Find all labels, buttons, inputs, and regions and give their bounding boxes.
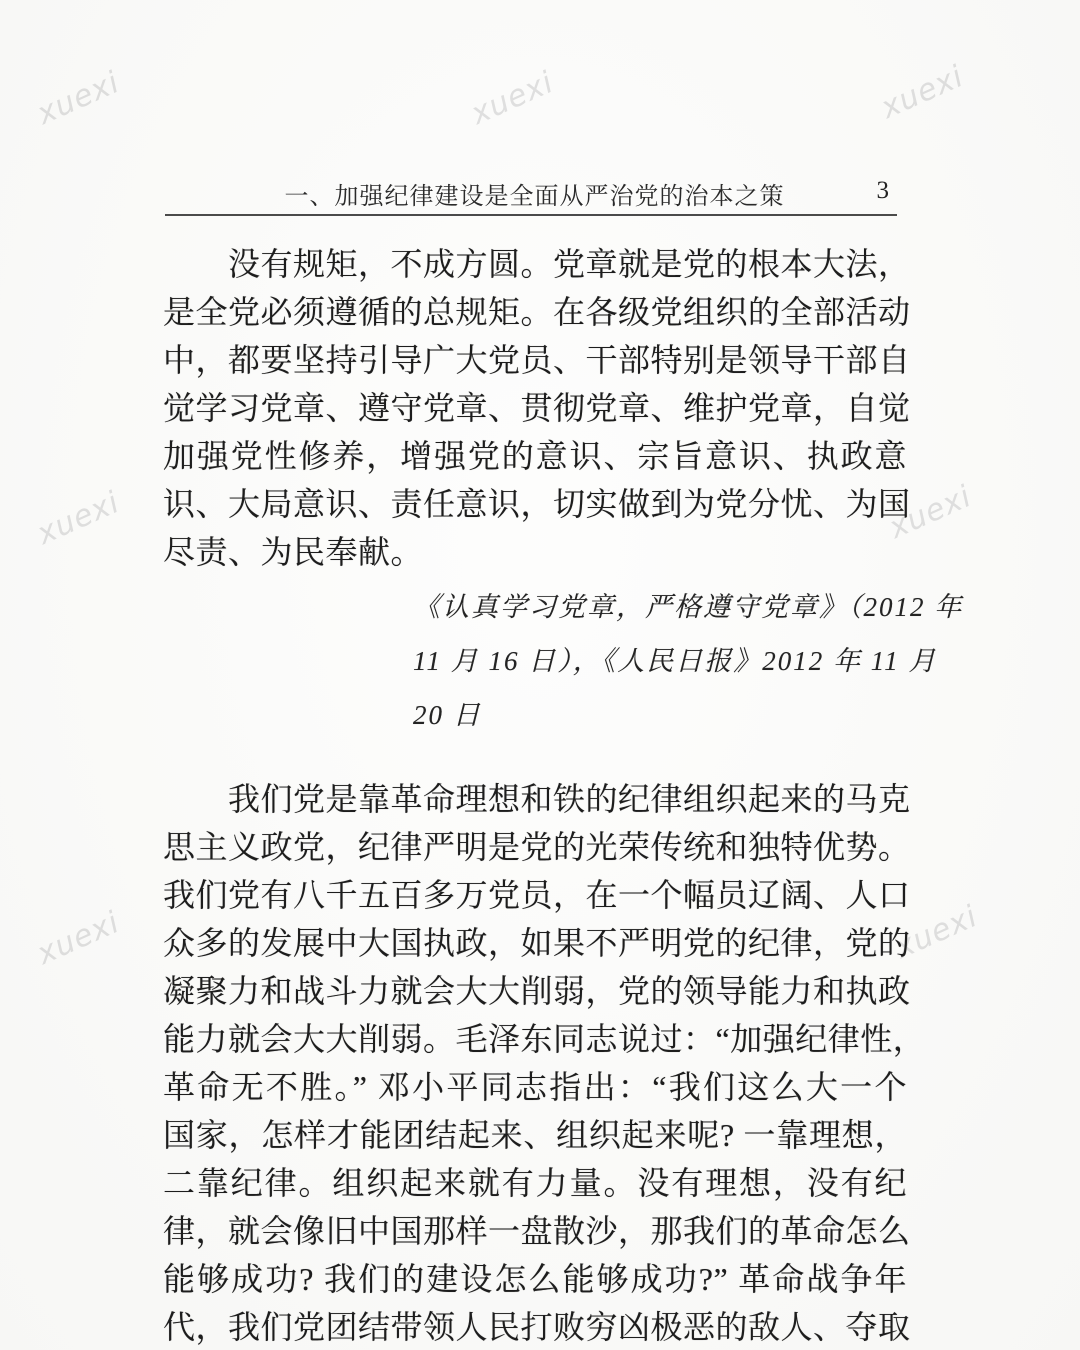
- text-line: 律，就会像旧中国那样一盘散沙，那我们的革命怎么: [163, 1207, 907, 1255]
- text-line: 识、大局意识、责任意识，切实做到为党分忧、为国: [163, 480, 907, 528]
- text-line: 国家，怎样才能团结起来、组织起来呢? 一靠理想，: [163, 1111, 907, 1159]
- citation-line: 11 月 16 日），《人民日报》2012 年 11 月: [413, 634, 907, 688]
- text-line: 凝聚力和战斗力就会大大削弱，党的领导能力和执政: [163, 967, 907, 1015]
- text-line: 尽责、为民奉献。: [163, 528, 907, 576]
- book-page: { "watermark": { "text": "xuexi" }, "hea…: [0, 0, 1080, 1350]
- text-line: 我们党是靠革命理想和铁的纪律组织起来的马克: [163, 775, 907, 823]
- text-line: 我们党有八千五百多万党员，在一个幅员辽阔、人口: [163, 871, 907, 919]
- watermark-xuexi: xuexi: [466, 65, 559, 132]
- watermark-xuexi: xuexi: [32, 905, 125, 972]
- text-line: 代，我们党团结带领人民打败穷凶极恶的敌人、夺取: [163, 1303, 907, 1350]
- paragraph-main: 我们党是靠革命理想和铁的纪律组织起来的马克 思主义政党，纪律严明是党的光荣传统和…: [163, 775, 907, 1350]
- text-line: 二靠纪律。组织起来就有力量。没有理想，没有纪: [163, 1159, 907, 1207]
- text-line: 革命无不胜。” 邓小平同志指出：“我们这么大一个: [163, 1063, 907, 1111]
- paragraph-opening: 没有规矩，不成方圆。党章就是党的根本大法， 是全党必须遵循的总规矩。在各级党组织…: [163, 240, 907, 576]
- source-citation: 《认真学习党章，严格遵守党章》（2012 年 11 月 16 日），《人民日报》…: [163, 580, 907, 742]
- text-line: 觉学习党章、遵守党章、贯彻党章、维护党章，自觉: [163, 384, 907, 432]
- text-line: 没有规矩，不成方圆。党章就是党的根本大法，: [163, 240, 907, 288]
- watermark-xuexi: xuexi: [32, 65, 125, 132]
- running-header: 一、加强纪律建设是全面从严治党的治本之策 3: [162, 176, 907, 210]
- citation-line: 20 日: [413, 688, 907, 742]
- text-line: 思主义政党，纪律严明是党的光荣传统和独特优势。: [163, 823, 907, 871]
- page-number: 3: [877, 177, 890, 205]
- watermark-xuexi: xuexi: [32, 485, 125, 552]
- text-line: 能够成功? 我们的建设怎么能够成功?” 革命战争年: [163, 1255, 907, 1303]
- text-line: 众多的发展中大国执政，如果不严明党的纪律，党的: [163, 919, 907, 967]
- header-divider: [165, 214, 897, 216]
- chapter-title: 一、加强纪律建设是全面从严治党的治本之策: [162, 176, 907, 211]
- text-line: 是全党必须遵循的总规矩。在各级党组织的全部活动: [163, 288, 907, 336]
- watermark-xuexi: xuexi: [876, 59, 969, 126]
- citation-line: 《认真学习党章，严格遵守党章》（2012 年: [413, 580, 907, 634]
- text-line: 中，都要坚持引导广大党员、干部特别是领导干部自: [163, 336, 907, 384]
- text-line: 能力就会大大削弱。毛泽东同志说过：“加强纪律性，: [163, 1015, 907, 1063]
- text-line: 加强党性修养，增强党的意识、宗旨意识、执政意: [163, 432, 907, 480]
